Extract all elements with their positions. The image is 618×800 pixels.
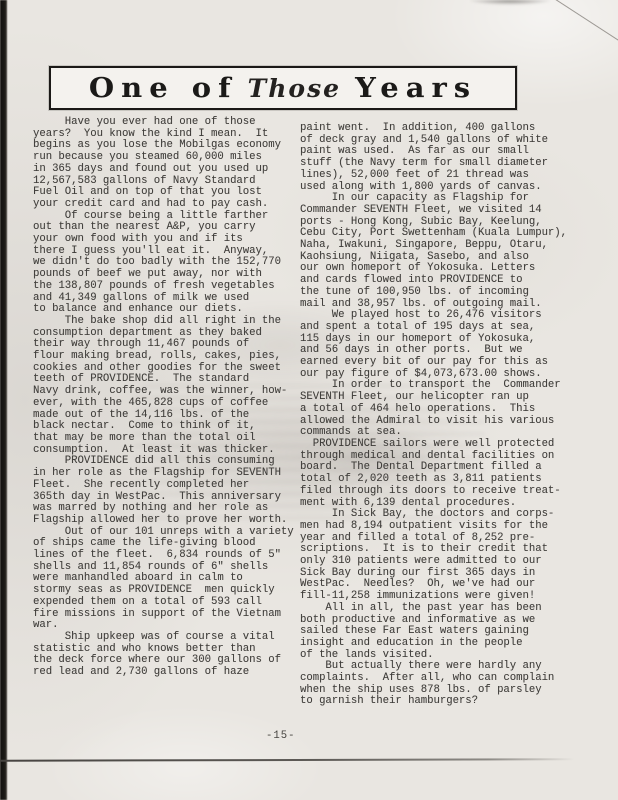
paragraph: In Sick Bay, the doctors and corps- men …: [300, 509, 605, 603]
title-text-tail: Years: [355, 72, 477, 103]
paragraph: PROVIDENCE did all this consuming in her…: [33, 456, 301, 526]
crease-mark: [544, 0, 618, 45]
right-column: paint went. In addition, 400 gallons of …: [300, 123, 605, 708]
paragraph: We played host to 26,476 visitors and sp…: [300, 310, 605, 380]
paragraph: In our capacity as Flagship for Commande…: [300, 193, 605, 310]
paragraph: The bake shop did all right in the consu…: [33, 316, 301, 456]
paragraph: Ship upkeep was of course a vital statis…: [33, 632, 301, 679]
paragraph: Of course being a little farther out tha…: [33, 211, 301, 316]
page-bottom-edge-line: [0, 758, 574, 762]
title-box: One of Those Years: [49, 66, 517, 110]
document-page: One of Those Years Have you ever had one…: [0, 0, 618, 800]
paragraph: Out of our 101 unreps with a variety of …: [33, 527, 301, 632]
paragraph: All in all, the past year has been both …: [300, 603, 605, 662]
paragraph: PROVIDENCE sailors were well protected t…: [300, 439, 605, 509]
binding-edge: [0, 0, 7, 800]
paragraph: In order to transport the Commander SEVE…: [300, 380, 605, 439]
paragraph: paint went. In addition, 400 gallons of …: [300, 123, 605, 193]
paragraph: But actually there were hardly any compl…: [300, 661, 605, 708]
scan-smudge: [470, 0, 550, 5]
title-text-script: Those: [248, 74, 341, 103]
paragraph: Have you ever had one of those years? Yo…: [33, 117, 301, 211]
page-number: -15-: [266, 730, 295, 742]
left-column: Have you ever had one of those years? Yo…: [33, 117, 301, 679]
title-text-lead: One of: [89, 72, 238, 103]
